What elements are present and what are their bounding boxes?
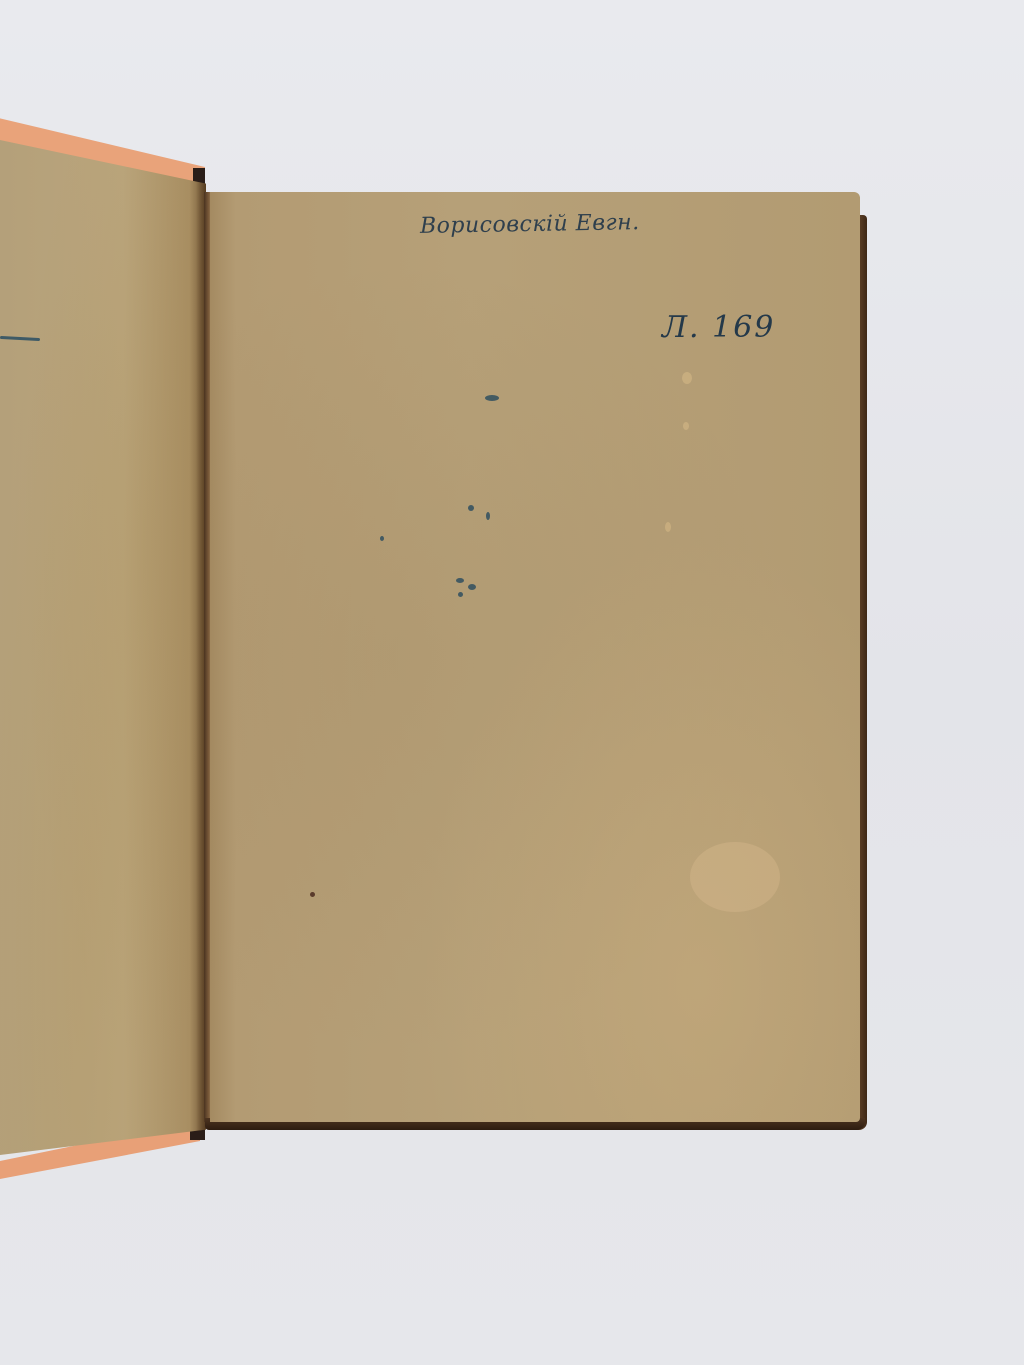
pen-mark [0,336,40,341]
ink-spot [486,512,490,520]
handwritten-shelf-mark: Л. 169 [662,310,775,345]
right-flyleaf: Ворисовскій Евгн. Л. 169 [210,192,860,1122]
ink-spot [468,584,476,590]
ink-spot [468,505,474,511]
left-endpaper [0,140,206,1155]
book-photo: Ворисовскій Евгн. Л. 169 [0,0,1024,1365]
ink-spot [485,395,499,401]
foxing-stain [682,372,692,384]
foxing-stain [690,842,780,912]
ink-spot [456,578,464,583]
handwritten-inscription: Ворисовскій Евгн. [420,210,640,239]
ink-spot [310,892,315,897]
foxing-stain [665,522,671,532]
ink-spot [380,536,384,541]
ink-spot [458,592,463,597]
foxing-stain [683,422,689,430]
